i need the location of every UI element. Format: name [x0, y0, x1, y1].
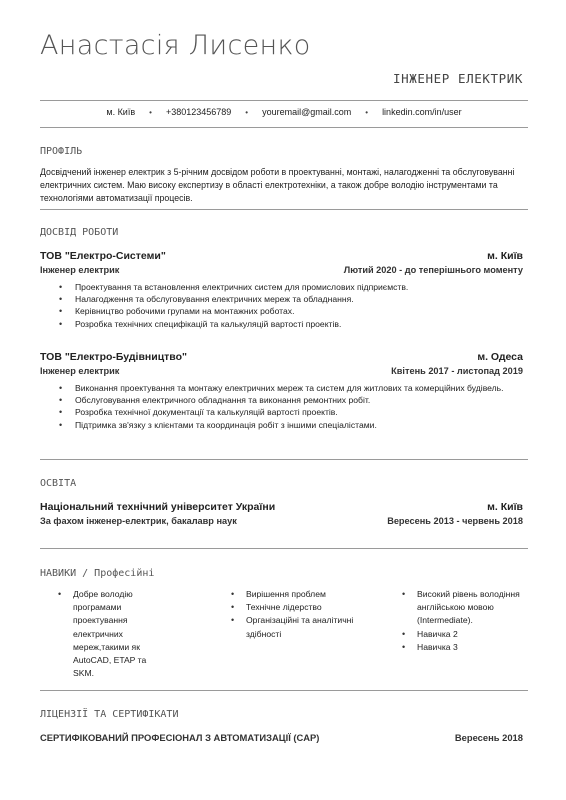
job-company: ТОВ "Електро-Системи" [40, 250, 166, 262]
skills-column-1: Добре володію програмами проектування ел… [58, 588, 168, 680]
separator-dot: • [365, 108, 368, 117]
section-heading-certificates: ЛІЦЕНЗІЇ ТА СЕРТИФІКАТИ [40, 709, 178, 720]
job-position: Інженер електрик [40, 366, 119, 376]
job-title: ІНЖЕНЕР ЕЛЕКТРИК [393, 71, 523, 86]
certificate-entry: СЕРТИФІКОВАНИЙ ПРОФЕСІОНАЛ З АВТОМАТИЗАЦ… [40, 732, 523, 743]
separator-dot: • [245, 108, 248, 117]
contact-phone[interactable]: +380123456789 [166, 107, 231, 117]
section-heading-experience: ДОСВІД РОБОТИ [40, 227, 118, 238]
separator-dot: • [149, 108, 152, 117]
divider [40, 209, 528, 210]
education-degree: За фахом інженер-електрик, бакалавр наук [40, 516, 237, 526]
certificate-title: СЕРТИФІКОВАНИЙ ПРОФЕСІОНАЛ З АВТОМАТИЗАЦ… [40, 732, 319, 743]
list-item: Розробка технічних специфікацій та кальк… [55, 318, 526, 330]
list-item: Виконання проектування та монтажу електр… [55, 382, 526, 394]
list-item: Проектування та встановлення електричних… [55, 281, 526, 293]
divider [40, 690, 528, 691]
list-item: Обслуговування електричного обладнання т… [55, 394, 526, 406]
skills-column-2: Вирішення проблем Технічне лідерство Орг… [231, 588, 371, 641]
skill-item: Організаційні та аналітичні здібності [231, 614, 371, 640]
candidate-name: Анастасія Лисенко [40, 30, 311, 61]
education-location: м. Київ [487, 501, 523, 513]
skill-item: Технічне лідерство [231, 601, 371, 614]
contact-email[interactable]: youremail@gmail.com [262, 107, 351, 117]
job-bullets: Виконання проектування та монтажу електр… [55, 382, 526, 431]
skill-item: Високий рівень володіння англійською мов… [402, 588, 532, 628]
divider [40, 127, 528, 128]
list-item: Налагодження та обслуговування електричн… [55, 293, 526, 305]
contact-bar: м. Київ • +380123456789 • youremail@gmai… [40, 107, 528, 117]
list-item: Підтримка зв'язку з клієнтами та координ… [55, 419, 526, 431]
list-item: Розробка технічної документації та кальк… [55, 406, 526, 418]
section-heading-education: ОСВІТА [40, 478, 76, 489]
education-dates: Вересень 2013 - червень 2018 [387, 516, 523, 526]
job-company: ТОВ "Електро-Будівництво" [40, 351, 187, 363]
section-heading-skills: НАВИКИ / Професійні [40, 568, 154, 579]
education-institution: Національний технічний університет Украї… [40, 501, 275, 513]
divider [40, 459, 528, 460]
skill-item: Вирішення проблем [231, 588, 371, 601]
job-bullets: Проектування та встановлення електричних… [55, 281, 526, 330]
divider [40, 100, 528, 101]
job-dates: Квітень 2017 - листопад 2019 [391, 366, 523, 376]
certificate-date: Вересень 2018 [455, 732, 523, 743]
skill-item: Навичка 3 [402, 641, 532, 654]
contact-linkedin[interactable]: linkedin.com/in/user [382, 107, 462, 117]
job-position: Інженер електрик [40, 265, 119, 275]
job-dates: Лютий 2020 - до теперішнього моменту [344, 265, 523, 275]
profile-summary: Досвідчений інженер електрик з 5-річним … [40, 166, 526, 205]
skill-item: Добре володію програмами проектування ел… [58, 588, 168, 680]
divider [40, 548, 528, 549]
contact-location: м. Київ [106, 107, 135, 117]
job-location: м. Київ [487, 250, 523, 262]
list-item: Керівництво робочими групами на монтажни… [55, 305, 526, 317]
skill-item: Навичка 2 [402, 628, 532, 641]
skills-column-3: Високий рівень володіння англійською мов… [402, 588, 532, 654]
section-heading-profile: ПРОФІЛЬ [40, 146, 82, 157]
job-location: м. Одеса [477, 351, 523, 363]
